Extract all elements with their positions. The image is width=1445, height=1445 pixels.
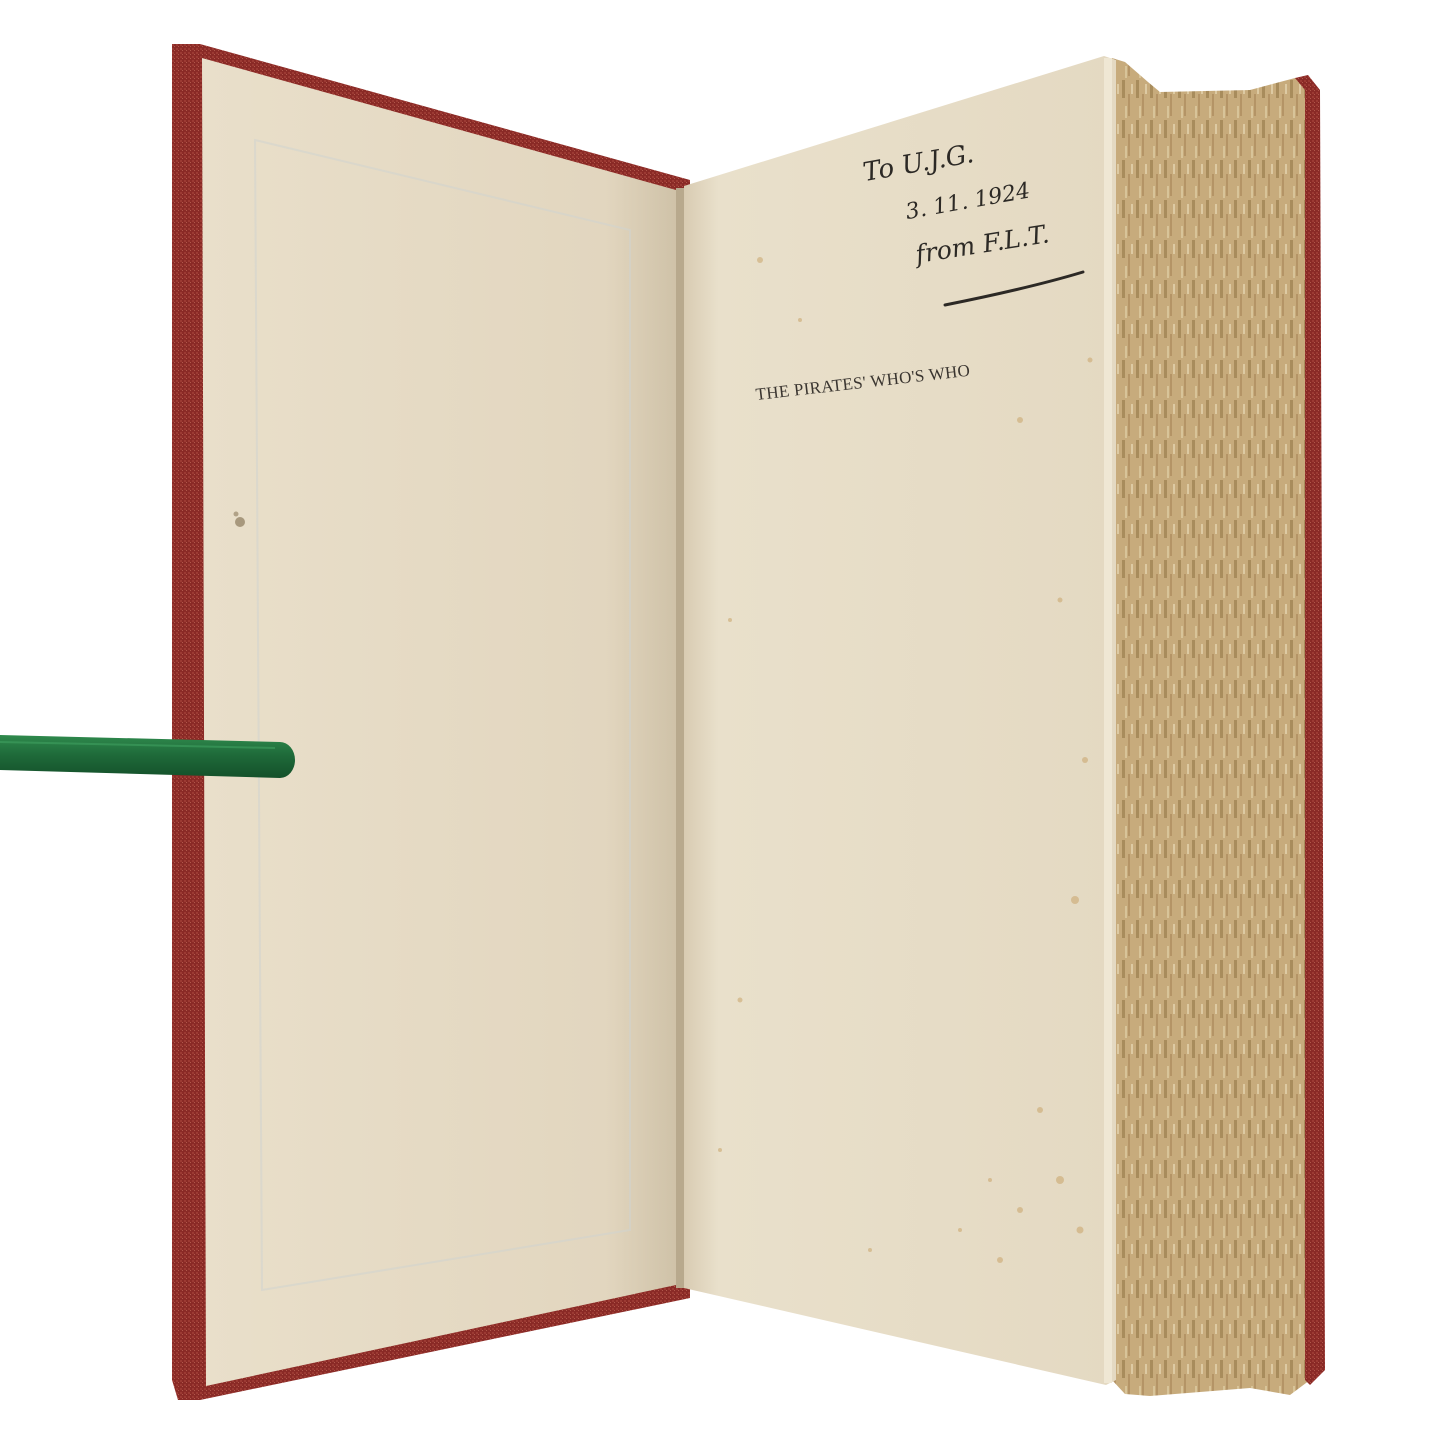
page-edge-highlight [1104,58,1112,1383]
page-block-edge [1112,58,1310,1396]
book-illustration [0,0,1445,1445]
green-pencil [0,735,295,778]
left-page [202,58,676,1386]
gutter [676,188,684,1288]
book-photo: THE PIRATES' WHO'S WHO To U.J.G. 3. 11. … [0,0,1445,1445]
right-page [684,56,1116,1385]
smudge-mark [235,517,245,527]
